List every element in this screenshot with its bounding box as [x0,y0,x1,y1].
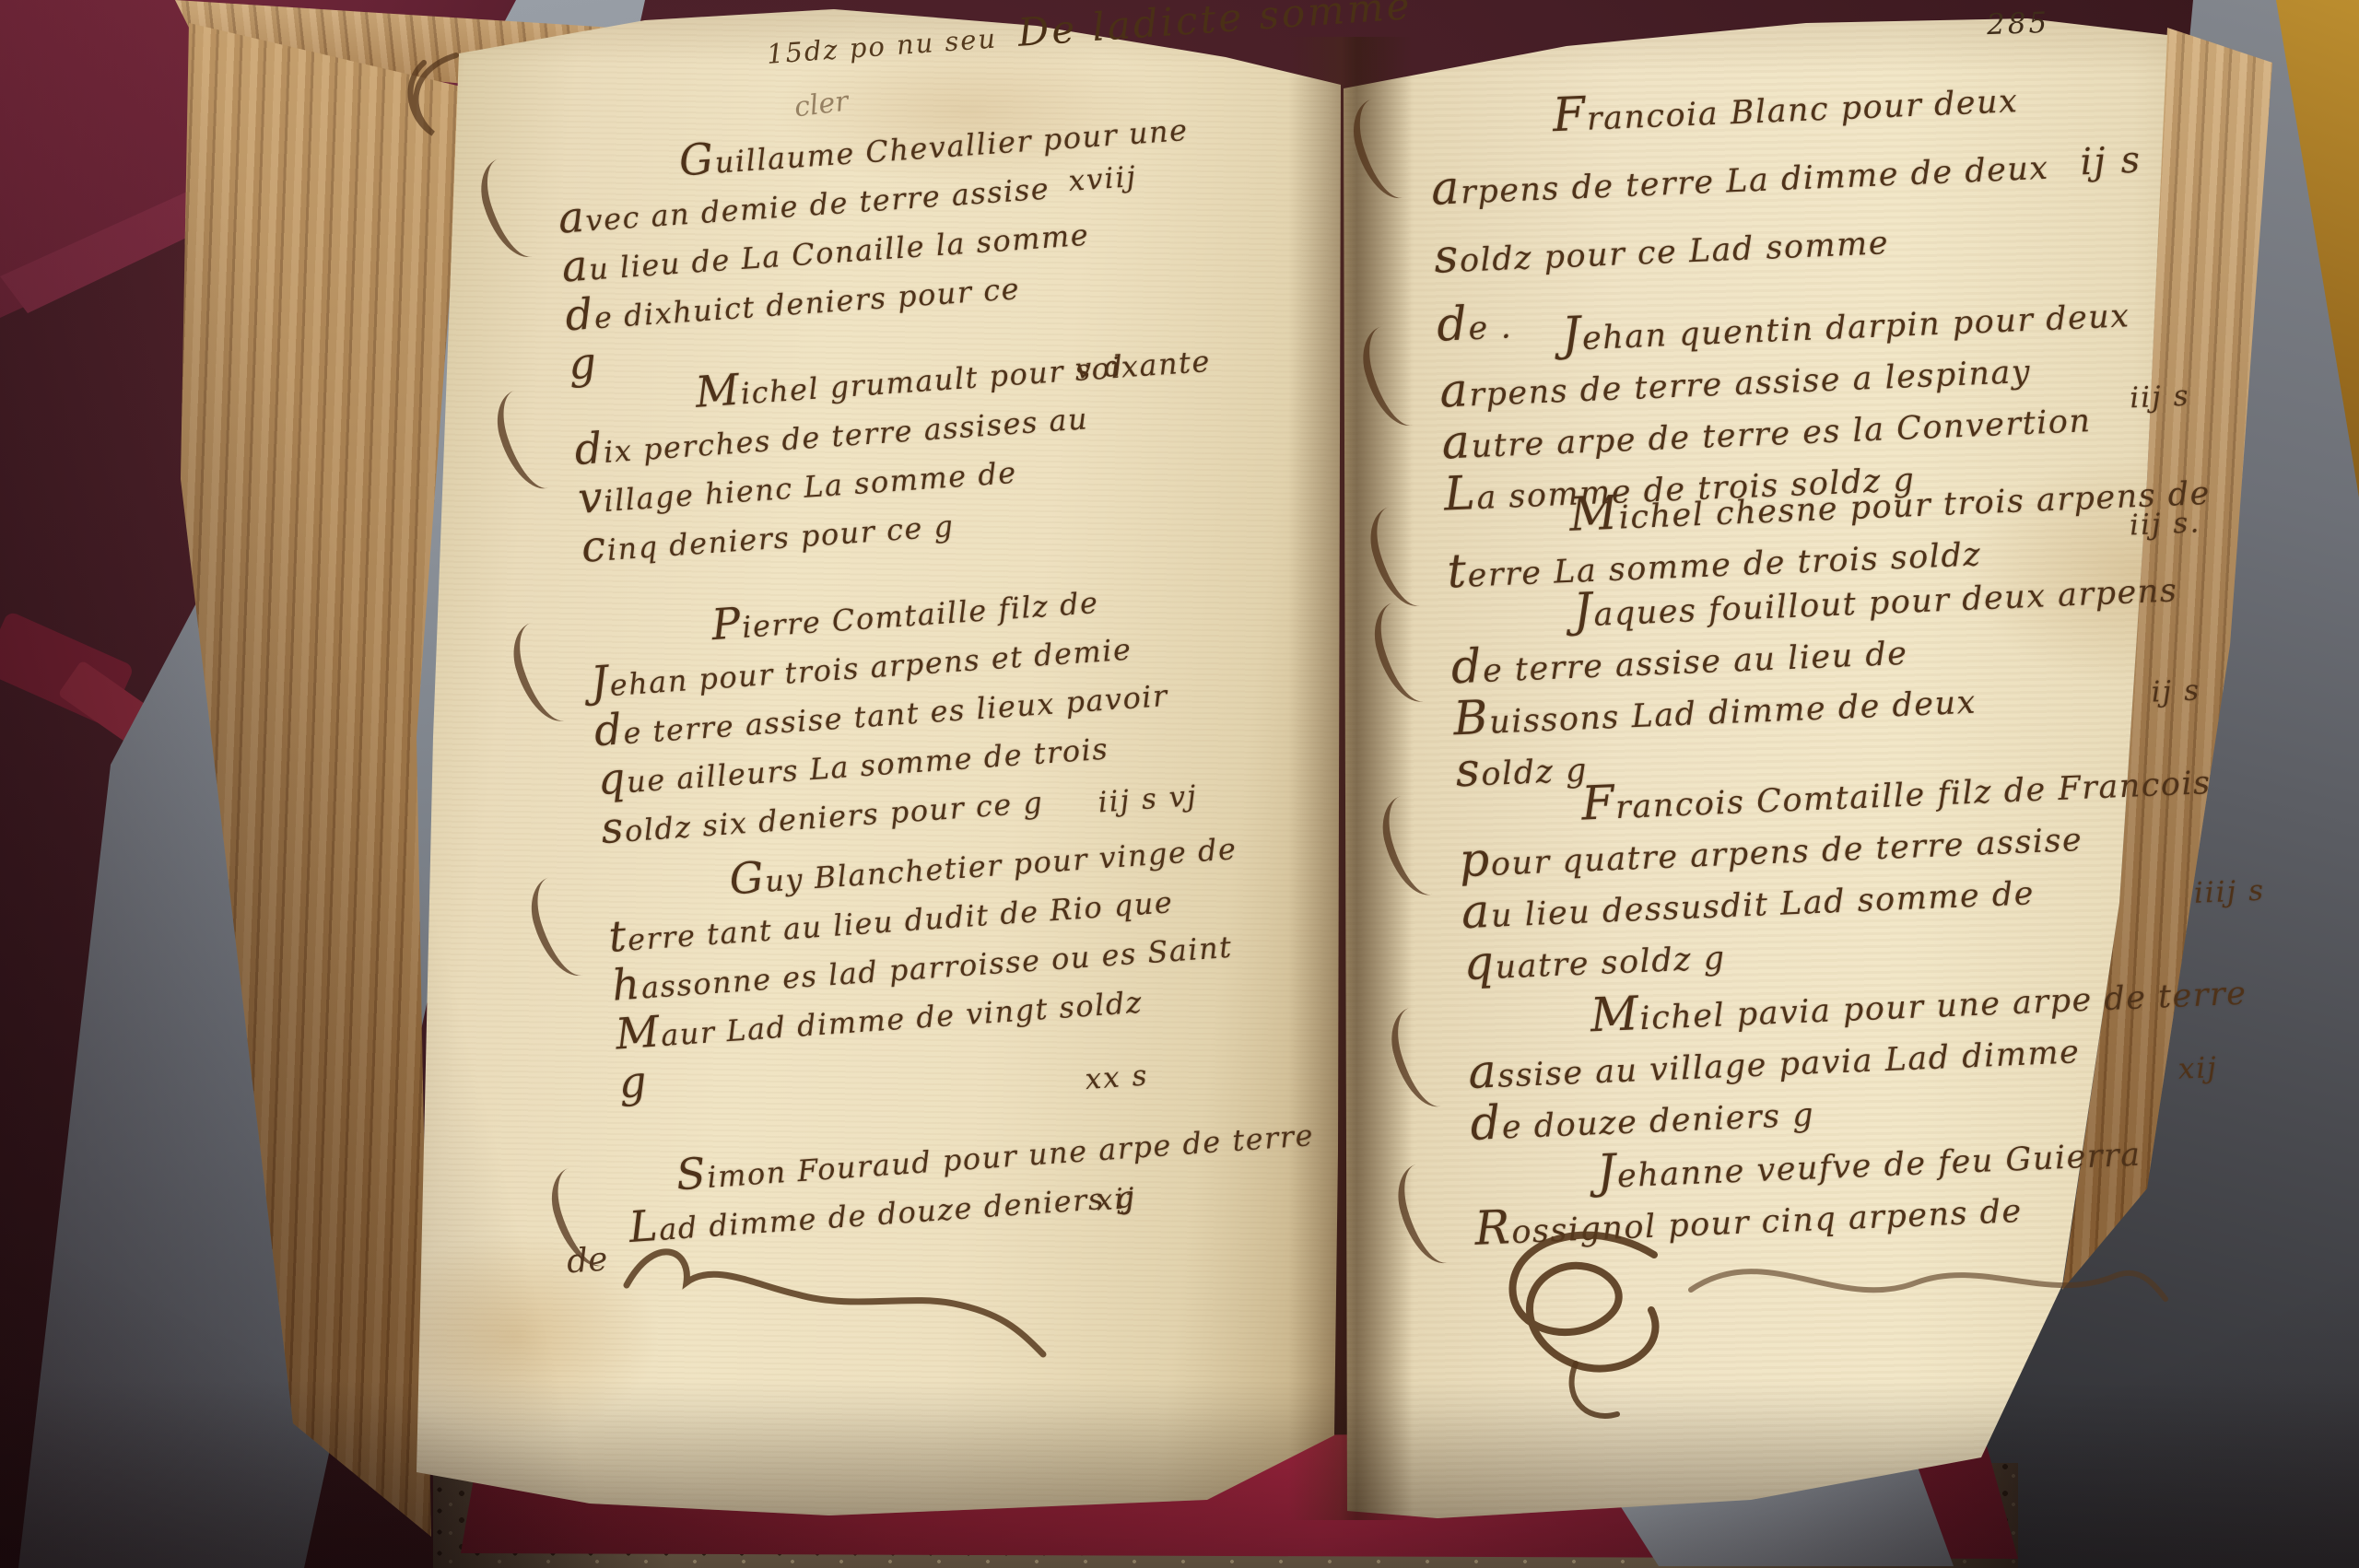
register-entry: Michel pavia pour une arpe de terreassis… [1465,970,2143,1153]
margin-amount: xij [2177,1051,2218,1086]
margin-amount: ij s [2080,139,2142,184]
margin-amount: xviij [1067,160,1138,198]
margin-amount: iij s vj [1097,779,1199,819]
margin-amount: xij [1096,1182,1137,1218]
signature-paraph-icon [1456,1225,2184,1437]
margin-amount: iij s [2130,380,2191,415]
gutter-shadow [1288,37,1413,1520]
entry-lines: Francois Comtaille filz de Francoispour … [1456,758,2137,992]
register-entry: Guy Blanchetier pour vinge deterre tant … [604,822,1255,1109]
register-entry: Francois Comtaille filz de Francoispour … [1456,758,2137,992]
margin-flourish-icon [392,46,493,157]
bottom-left-flourish-icon [608,1244,1124,1363]
entry-lines: Guy Blanchetier pour vinge deterre tant … [604,822,1255,1109]
register-entry: Simon Fouraud pour une arpe de terreLad … [624,1112,1265,1254]
flourish-word: de [566,1241,609,1281]
folio-number: 285 [1986,6,2049,41]
entry-lines: Michel pavia pour une arpe de terreassis… [1465,970,2143,1153]
margin-amount: iiij s [2193,874,2266,910]
margin-amount: iij s. [2129,506,2201,542]
margin-amount: ij s [2151,673,2201,708]
margin-amount: xx s [1084,1059,1149,1096]
photo-scene: 15dz po nu seu De ladicte somme cler Gui… [0,0,2359,1568]
margin-amount: v d [1074,349,1126,386]
register-entry: Pierre Comtaille filz deJehan pour trois… [586,568,1238,855]
entry-lines: Simon Fouraud pour une arpe de terreLad … [624,1112,1265,1254]
